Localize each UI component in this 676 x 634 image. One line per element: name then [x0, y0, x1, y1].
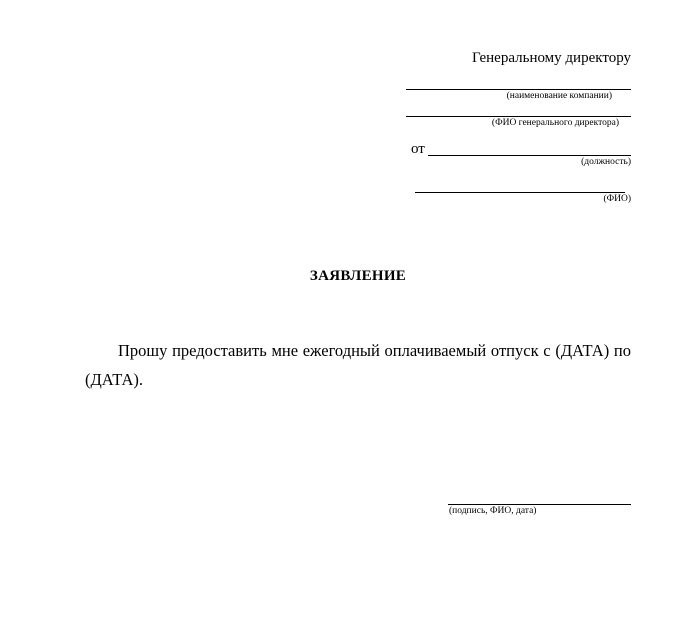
- company-name-line: [406, 89, 631, 90]
- signature-line: [448, 504, 631, 505]
- document-title: ЗАЯВЛЕНИЕ: [0, 268, 676, 285]
- addressee-text: Генеральному директору: [472, 50, 631, 67]
- signature-caption: (подпись, ФИО, дата): [449, 506, 536, 516]
- position-caption: (должность): [581, 157, 631, 167]
- director-name-line: [406, 116, 631, 117]
- applicant-name-line: [415, 192, 625, 193]
- director-name-caption: (ФИО генерального директора): [492, 118, 619, 128]
- company-name-caption: (наименование компании): [507, 91, 612, 101]
- request-paragraph: Прошу предоставить мне ежегодный оплачив…: [85, 336, 631, 394]
- applicant-name-caption: (ФИО): [603, 194, 631, 204]
- from-label: от: [411, 141, 425, 158]
- position-line: [428, 155, 631, 156]
